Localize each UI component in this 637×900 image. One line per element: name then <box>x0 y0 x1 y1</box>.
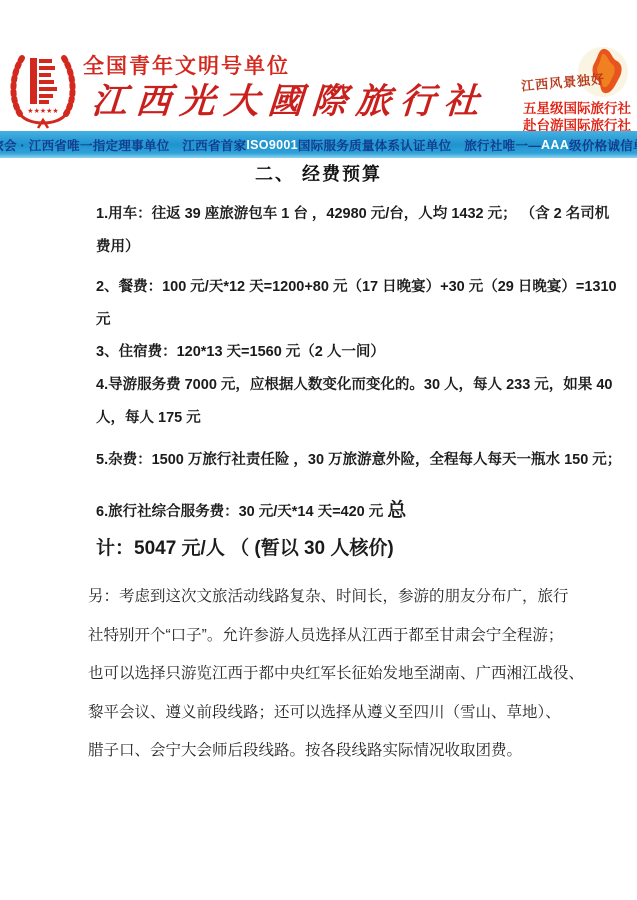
banner-segment-iso9001: ISO9001 <box>246 138 297 152</box>
budget-item-2-line-2: 元 <box>96 304 566 337</box>
banner-segment: 国际服务质量体系认证单位 旅行社唯一— <box>298 136 541 154</box>
note-line-4: 黎平会议、遵义前段线路；还可以选择从遵义至四川（雪山、草地）、 <box>88 694 568 733</box>
wreath-logo-icon: ★★★★★ <box>8 50 78 134</box>
budget-item-1: 1.用车：往返 39 座旅游包车 1 台 ，42980 元/台，人均 1432 … <box>96 198 566 264</box>
agency-name: 江西光大國際旅行社 <box>90 74 490 124</box>
note-line-1: 另：考虑到这次文旅活动线路复杂、时间长，参游的朋友分布广，旅行 <box>88 578 568 617</box>
note-paragraph: 另：考虑到这次文旅活动线路复杂、时间长，参游的朋友分布广，旅行 社特别开个“口子… <box>88 578 568 771</box>
total-first-char: 总 <box>387 500 406 521</box>
budget-item-6: 6.旅行社综合服务费：30 元/天*14 天=420 元 总 计：5047 元/… <box>96 494 566 569</box>
service-fee-text: 6.旅行社综合服务费：30 元/天*14 天=420 元 <box>96 504 387 520</box>
section-title: 二、 经费预算 <box>0 160 637 186</box>
budget-item-4-line-1: 4.导游服务费 7000 元，应根据人数变化而变化的。30 人，每人 233 元… <box>96 369 566 402</box>
budget-item-5: 5.杂费：1500 万旅行社责任险 ，30 万旅游意外险，全程每人每天一瓶水 1… <box>96 444 566 477</box>
badge-line-1: 五星级国际旅行社 <box>471 100 631 117</box>
budget-item-4: 4.导游服务费 7000 元，应根据人数变化而变化的。30 人，每人 233 元… <box>96 369 566 435</box>
budget-item-1-line-1: 1.用车：往返 39 座旅游包车 1 台 ，42980 元/台，人均 1432 … <box>96 198 566 231</box>
svg-text:★★★★★: ★★★★★ <box>27 107 58 115</box>
note-line-5: 腊子口、会宁大会师后段线路。按各段线路实际情况收取团费。 <box>88 732 568 771</box>
banner-segment: 海旅会 · 江西省唯一指定理事单位 江西省首家 <box>0 136 246 154</box>
note-line-3: 也可以选择只游览江西于都中央红军长征始发地至湖南、广西湘江战役、 <box>88 655 568 694</box>
budget-item-2: 2、餐费：100 元/天*12 天=1200+80 元（17 日晚宴）+30 元… <box>96 271 566 337</box>
note-line-2: 社特别开个“口子”。允许参游人员选择从江西于都至甘肃会宁全程游； <box>88 617 568 656</box>
banner-segment: 级价格诚信单位 <box>569 136 637 154</box>
certification-banner: 海旅会 · 江西省唯一指定理事单位 江西省首家ISO9001国际服务质量体系认证… <box>0 131 637 158</box>
budget-item-5-line-1: 5.杂费：1500 万旅行社责任险 ，30 万旅游意外险，全程每人每天一瓶水 1… <box>96 444 566 477</box>
budget-item-3: 3、住宿费：120*13 天=1560 元（2 人一间） <box>96 336 566 369</box>
budget-item-4-line-2: 人，每人 175 元 <box>96 402 566 435</box>
budget-item-2-line-1: 2、餐费：100 元/天*12 天=1200+80 元（17 日晚宴）+30 元… <box>96 271 566 304</box>
budget-item-6-line-1: 6.旅行社综合服务费：30 元/天*14 天=420 元 总 <box>96 494 566 529</box>
brand-mark: 江西风景独好 <box>471 46 631 98</box>
budget-item-3-line-1: 3、住宿费：120*13 天=1560 元（2 人一间） <box>96 336 566 369</box>
budget-item-1-line-2: 费用） <box>96 231 566 264</box>
grand-total-line: 计：5047 元/人 （ (暂以 30 人核价) <box>96 529 566 569</box>
right-badge: 江西风景独好 五星级国际旅行社 赴台游国际旅行社 <box>471 46 631 134</box>
document-page: ★★★★★ 全国青年文明号单位 江西光大國際旅行社 江西风景独好 五星级国际旅行… <box>0 0 637 900</box>
banner-segment-aaa: AAA <box>541 138 569 152</box>
